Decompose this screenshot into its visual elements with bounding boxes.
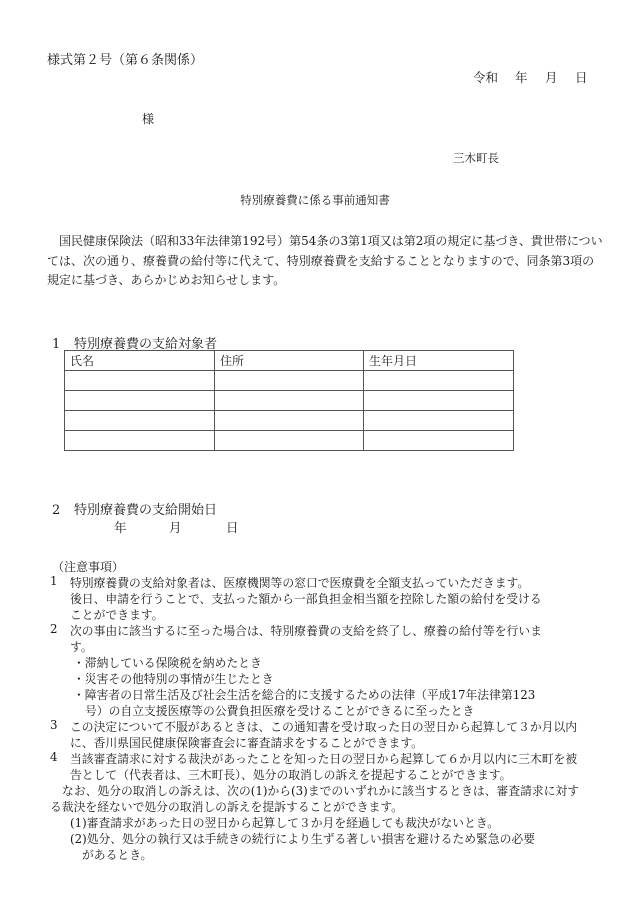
intro-paragraph: 国民健康保険法（昭和33年法律第192号）第54条の3第1項又は第2項の規定に基… [47, 232, 595, 291]
date-month-label: 月 [545, 68, 575, 86]
note-line: に、香川県国民健康保険審査会に審査請求をすることができます。 [70, 734, 423, 751]
section-number: 2 [52, 503, 74, 518]
intro-line: ては、次の通り、療養費の給付等に代えて、特別療養費を支給することとなりますので、… [47, 252, 595, 272]
note-line: ことができます。 [70, 606, 163, 623]
cell-name[interactable] [65, 391, 215, 411]
note-line: 告として（代表者は、三木町長）、処分の取消しの訴えを提起することができます。 [70, 766, 511, 783]
date-era: 令和 [473, 68, 515, 86]
table-row [65, 431, 514, 451]
issue-date: 令和年月日 [473, 68, 588, 86]
column-header-address: 住所 [215, 351, 364, 371]
cell-address[interactable] [215, 391, 364, 411]
date-year-label: 年 [515, 68, 545, 86]
cell-birthdate[interactable] [364, 371, 514, 391]
note-line: す。 [70, 638, 93, 655]
date-day-label: 日 [575, 68, 588, 86]
intro-line: 国民健康保険法（昭和33年法律第192号）第54条の3第1項又は第2項の規定に基… [47, 232, 595, 252]
cell-address[interactable] [215, 411, 364, 431]
intro-line: 規定に基づき、あらかじめお知らせします。 [47, 271, 595, 291]
cell-name[interactable] [65, 371, 215, 391]
document-title: 特別療養費に係る事前通知書 [0, 192, 630, 208]
addressee-suffix: 様 [142, 110, 154, 127]
cell-address[interactable] [215, 371, 364, 391]
table-header-row: 氏名 住所 生年月日 [65, 351, 514, 371]
table-row [65, 391, 514, 411]
note-line: 次の事由に該当するに至った場合は、特別療養費の支給を終了し、療養の給付等を行いま [70, 622, 542, 639]
note-line: 後日、申請を行うことで、支払った額から一部負担金相当額を控除した額の給付を受ける [70, 590, 542, 607]
note-line: この決定について不服があるときは、この通知書を受け取った日の翌日から起算して３か… [70, 718, 577, 735]
cell-name[interactable] [65, 411, 215, 431]
note-line: 特別療養費の支給対象者は、医療機関等の窓口で医療費を全額支払っていただきます。 [70, 574, 529, 591]
note-subitem: (1)審査請求があった日の翌日から起算して３か月を経過しても裁決がないとき。 [70, 814, 499, 831]
cell-address[interactable] [215, 431, 364, 451]
cell-birthdate[interactable] [364, 391, 514, 411]
note-subitem-continuation: があるとき。 [82, 846, 152, 863]
note-bullet-continuation: 号）の自立支援医療等の公費負担医療を受けることができるに至ったとき [85, 702, 474, 719]
note-addendum: なお、処分の取消しの訴えは、次の(1)から(3)までのいずれかに該当するときは、… [62, 782, 579, 799]
column-header-birthdate: 生年月日 [364, 351, 514, 371]
note-subitem: (2)処分、処分の執行又は手続きの続行により生ずる著しい損害を避けるため緊急の必… [70, 830, 535, 847]
issuer-name: 三木町長 [453, 150, 499, 166]
note-number: 2 [50, 622, 58, 636]
cell-birthdate[interactable] [364, 411, 514, 431]
note-number: 4 [50, 750, 58, 764]
start-date-year-label: 年 [114, 518, 169, 536]
note-number: 3 [50, 718, 58, 732]
note-line: 当該審査請求に対する裁決があったことを知った日の翌日から起算して６か月以内に三木… [70, 750, 577, 767]
form-number: 様式第２号（第６条関係） [47, 49, 203, 68]
column-header-name: 氏名 [65, 351, 215, 371]
notes-heading: （注意事項） [52, 558, 124, 575]
cell-name[interactable] [65, 431, 215, 451]
note-bullet: ・滞納している保険税を納めたとき [73, 654, 262, 671]
table-row [65, 371, 514, 391]
section-title: 特別療養費の支給開始日 [74, 503, 217, 518]
start-date-day-label: 日 [226, 518, 239, 536]
table-row [65, 411, 514, 431]
note-number: 1 [50, 574, 58, 588]
note-bullet: ・障害者の日常生活及び社会生活を総合的に支援するための法律（平成17年法律第12… [73, 686, 535, 703]
section-2-heading: 2特別療養費の支給開始日 [52, 499, 217, 518]
note-bullet: ・災害その他特別の事情が生じたとき [73, 670, 274, 687]
recipients-table: 氏名 住所 生年月日 [64, 350, 514, 451]
note-addendum: る裁決を経ないで処分の取消しの訴えを提訴することができます。 [50, 798, 403, 815]
cell-birthdate[interactable] [364, 431, 514, 451]
start-date-month-label: 月 [169, 518, 226, 536]
start-date: 年月日 [114, 518, 239, 536]
